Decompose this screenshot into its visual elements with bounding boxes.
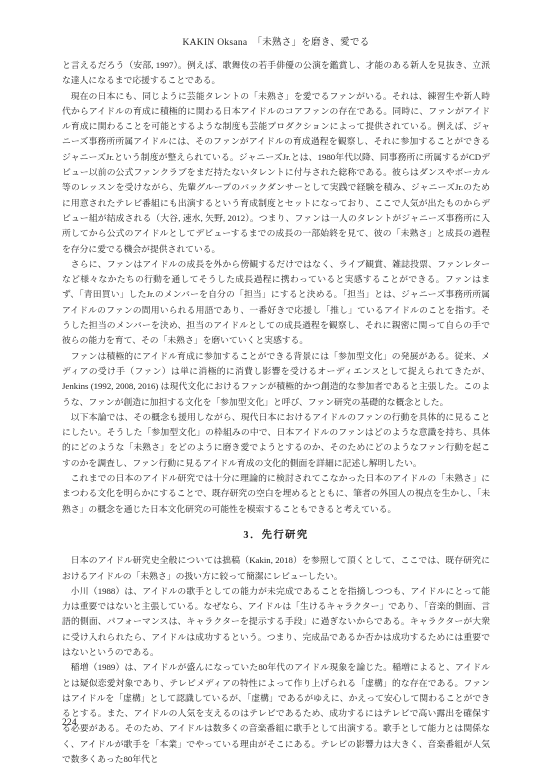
paragraph: 小川（1988）は、アイドルの歌手としての能力が未完成であることを指摘しつつも、… [62,584,490,660]
paragraph-continuation: と言えるだろう（安部, 1997）。例えば、歌舞伎の若手俳優の公演を鑑賞し、才能… [62,58,490,89]
article-body: と言えるだろう（安部, 1997）。例えば、歌舞伎の若手俳優の公演を鑑賞し、才能… [62,58,490,767]
paragraph: 稲増（1989）は、アイドルが盛んになっていた80年代のアイドル現象を論じた。稲… [62,660,490,767]
paragraph: 日本のアイドル研究史全般については拙稿（Kakin, 2018）を参照して頂くと… [62,553,490,584]
section-heading: 3．先行研究 [62,528,490,543]
page-number: 224 [62,718,77,728]
paragraph: さらに、ファンはアイドルの成長を外から傍観するだけではなく、ライブ観賞、雑誌投票… [62,257,490,349]
paragraph: 現在の日本にも、同じように芸能タレントの「未熟さ」を愛でるファンがいる。それは、… [62,89,490,257]
paragraph: 以下本論では、その概念も援用しながら、現代日本におけるアイドルのファンの行動を具… [62,410,490,471]
running-header: KAKIN Oksana 「未熟さ」を磨き、愛でる [62,34,490,48]
page-content: KAKIN Oksana 「未熟さ」を磨き、愛でる と言えるだろう（安部, 19… [62,34,490,767]
paragraph: ファンは積極的にアイドル育成に参加することができる背景には「参加型文化」の発展が… [62,349,490,410]
scanned-paper-page: { "page": { "running_header": "KAKIN Oks… [0,0,552,776]
paragraph: これまでの日本のアイドル研究では十分に理論的に検討されてこなかった日本のアイドル… [62,471,490,517]
